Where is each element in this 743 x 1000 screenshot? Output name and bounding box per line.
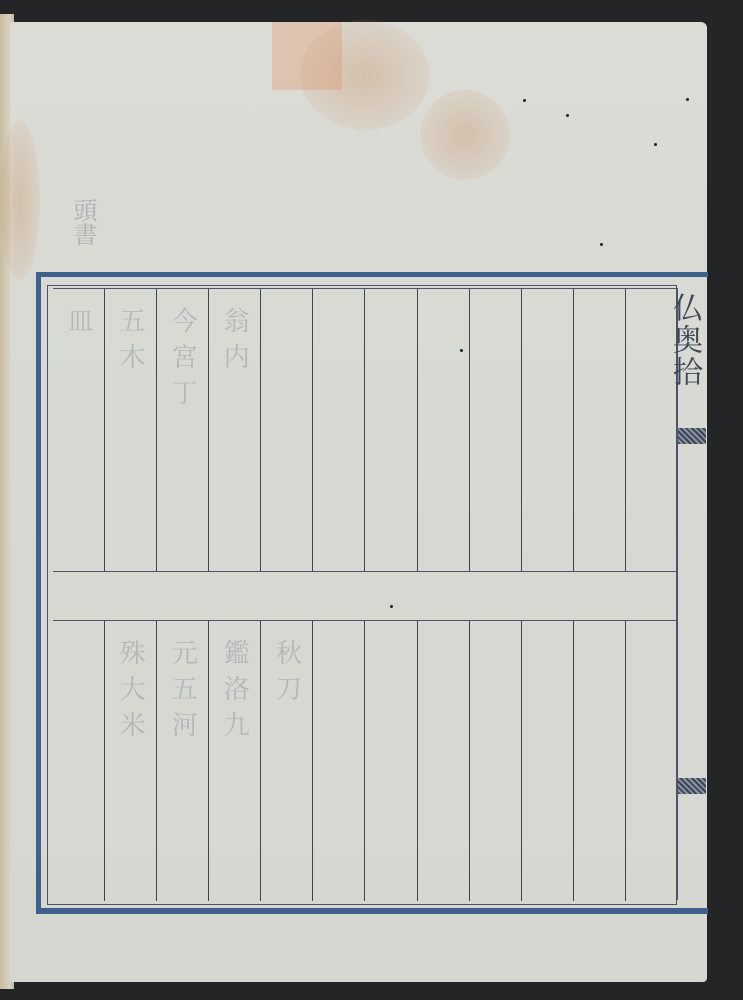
register-column: 元五河: [157, 621, 209, 901]
register-column: [313, 289, 365, 571]
middle-blank-band: [53, 570, 677, 620]
ink-speck: [566, 114, 569, 117]
register-column: 翁内: [209, 289, 261, 571]
register-column: [470, 289, 522, 571]
bleed-through-text: 殊大米: [112, 639, 149, 747]
ink-speck: [523, 99, 526, 102]
ink-speck: [600, 243, 603, 246]
top-register: 皿 五木 今宮丁 翁内: [53, 288, 677, 572]
register-column: [574, 289, 626, 571]
register-column: [53, 621, 105, 901]
register-column: 皿: [53, 289, 105, 571]
margin-annotation: 頭書: [66, 198, 101, 246]
register-column: 秋刀: [261, 621, 313, 901]
fish-tail-ornament-upper: [678, 428, 706, 444]
register-column: [365, 621, 417, 901]
register-column: [365, 289, 417, 571]
ink-speck: [654, 143, 657, 146]
bleed-through-text: 今宮丁: [164, 307, 201, 415]
fish-tail-ornament-lower: [678, 778, 706, 794]
register-column: 今宮丁: [157, 289, 209, 571]
side-title: 仏奥拾: [678, 292, 706, 388]
bleed-through-text: 翁内: [216, 307, 253, 379]
register-column: [522, 289, 574, 571]
register-column: [522, 621, 574, 901]
bleed-through-text: 五木: [112, 307, 149, 379]
register-column: 殊大米: [105, 621, 157, 901]
bleed-through-text: 鑑洛九: [216, 639, 253, 747]
register-column: [418, 621, 470, 901]
water-stain: [300, 20, 430, 130]
bleed-through-text: 皿: [60, 307, 97, 343]
register-column: [626, 621, 677, 901]
register-column: 鑑洛九: [209, 621, 261, 901]
ink-speck: [686, 98, 689, 101]
register-column: [470, 621, 522, 901]
register-column: 五木: [105, 289, 157, 571]
register-column: [574, 621, 626, 901]
bleed-through-text: 秋刀: [268, 639, 305, 711]
register-column: [418, 289, 470, 571]
bleed-through-text: 元五河: [164, 639, 201, 747]
register-column: [313, 621, 365, 901]
water-stain: [420, 90, 510, 180]
bottom-register: 殊大米 元五河 鑑洛九 秋刀: [53, 620, 677, 901]
water-stain: [0, 120, 40, 280]
register-column: [261, 289, 313, 571]
